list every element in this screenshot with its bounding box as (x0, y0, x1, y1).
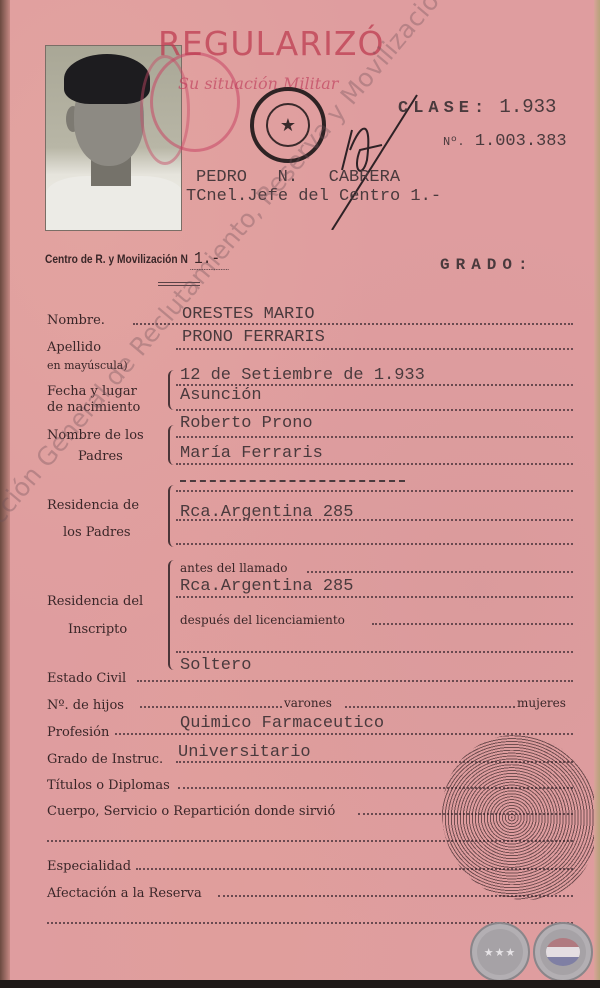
madre-value: María Ferraris (180, 444, 323, 463)
res-padres-label-1: Residencia de (47, 497, 139, 514)
situacion-militar-stamp: Su situación Militar (178, 74, 338, 93)
apellido-value: PRONO FERRARIS (182, 328, 325, 347)
profesion-value: Quimico Farmaceutico (180, 714, 384, 733)
instruccion-label: Grado de Instruc. (47, 751, 163, 768)
titulos-label: Títulos o Diplomas (47, 777, 170, 794)
res-padres-label-2: los Padres (63, 524, 131, 541)
antes-value: Rca.Argentina 285 (180, 577, 353, 596)
fingerprint (442, 735, 597, 900)
profesion-label: Profesión (47, 724, 109, 741)
stars-icon: ★★★ (484, 946, 517, 959)
padre-value: Roberto Prono (180, 414, 313, 433)
hijos-label: Nº. de hijos (47, 697, 124, 714)
dotted-line (176, 596, 573, 598)
nombre-value: ORESTES MARIO (182, 305, 315, 324)
dotted-line (176, 490, 573, 492)
res-inscripto-label-1: Residencia del (47, 593, 143, 610)
numero-value: 1.003.383 (475, 132, 567, 151)
lugar-value: Asunción (180, 386, 262, 405)
regularizo-stamp: REGULARIZÓ (158, 24, 384, 63)
dotted-line (372, 623, 573, 625)
dotted-line (307, 571, 573, 573)
dotted-line (176, 409, 573, 411)
clase-label: CLASE: (398, 99, 489, 118)
despues-label: después del licenciamiento (180, 613, 345, 627)
page-edge (0, 980, 600, 988)
stars-badge-icon: ★★★ (470, 922, 530, 980)
dotted-line (176, 463, 573, 465)
dotted-line (133, 323, 573, 325)
red-oval-stamp (150, 52, 240, 152)
instruccion-value: Universitario (178, 743, 311, 762)
officer-title: TCnel.Jefe del Centro 1.- (186, 187, 441, 206)
officer-block: PEDRO N. CABRERA TCnel.Jefe del Centro 1… (196, 168, 441, 206)
flag-badge-icon (533, 922, 593, 980)
clase-field: CLASE: 1.933 (398, 96, 556, 118)
dotted-line (140, 706, 282, 708)
officer-name: PEDRO N. CABRERA (196, 168, 441, 187)
clase-value: 1.933 (499, 96, 556, 118)
cuerpo-label: Cuerpo, Servicio o Repartición donde sir… (47, 803, 335, 820)
brace (168, 560, 176, 670)
numero-label: Nº. (443, 135, 465, 149)
estado-civil-label: Estado Civil (47, 670, 126, 687)
varones-label: varones (284, 696, 332, 710)
afectacion-label: Afectación a la Reserva (47, 885, 202, 902)
grado-label: GRADO: (440, 256, 534, 274)
res-inscripto-label-2: Inscripto (68, 621, 127, 638)
brace (168, 425, 176, 465)
apellido-label: Apellido (47, 339, 101, 356)
estado-civil-value: Soltero (180, 656, 251, 675)
registration-card: REGULARIZÓ Su situación Militar ★ CLASE:… (0, 0, 600, 980)
dotted-line (345, 706, 515, 708)
dotted-line (176, 348, 573, 350)
dotted-line (137, 680, 573, 682)
antes-label: antes del llamado (180, 561, 287, 575)
mujeres-label: mujeres (517, 696, 566, 710)
dotted-line (176, 543, 573, 545)
especialidad-label: Especialidad (47, 858, 131, 875)
padres-label-2: Padres (78, 448, 123, 465)
centro-label: Centro de R. y Movilización N (45, 252, 188, 266)
dotted-line (176, 651, 573, 653)
dotted-line (176, 436, 573, 438)
brace (168, 485, 176, 547)
numero-field: Nº. 1.003.383 (443, 132, 567, 151)
fecha-value: 12 de Setiembre de 1.933 (180, 366, 425, 385)
brace (168, 370, 176, 410)
paraguay-flag-icon (546, 938, 580, 966)
dashed-line (180, 480, 405, 482)
dotted-line (176, 519, 573, 521)
nombre-label: Nombre. (47, 312, 105, 329)
